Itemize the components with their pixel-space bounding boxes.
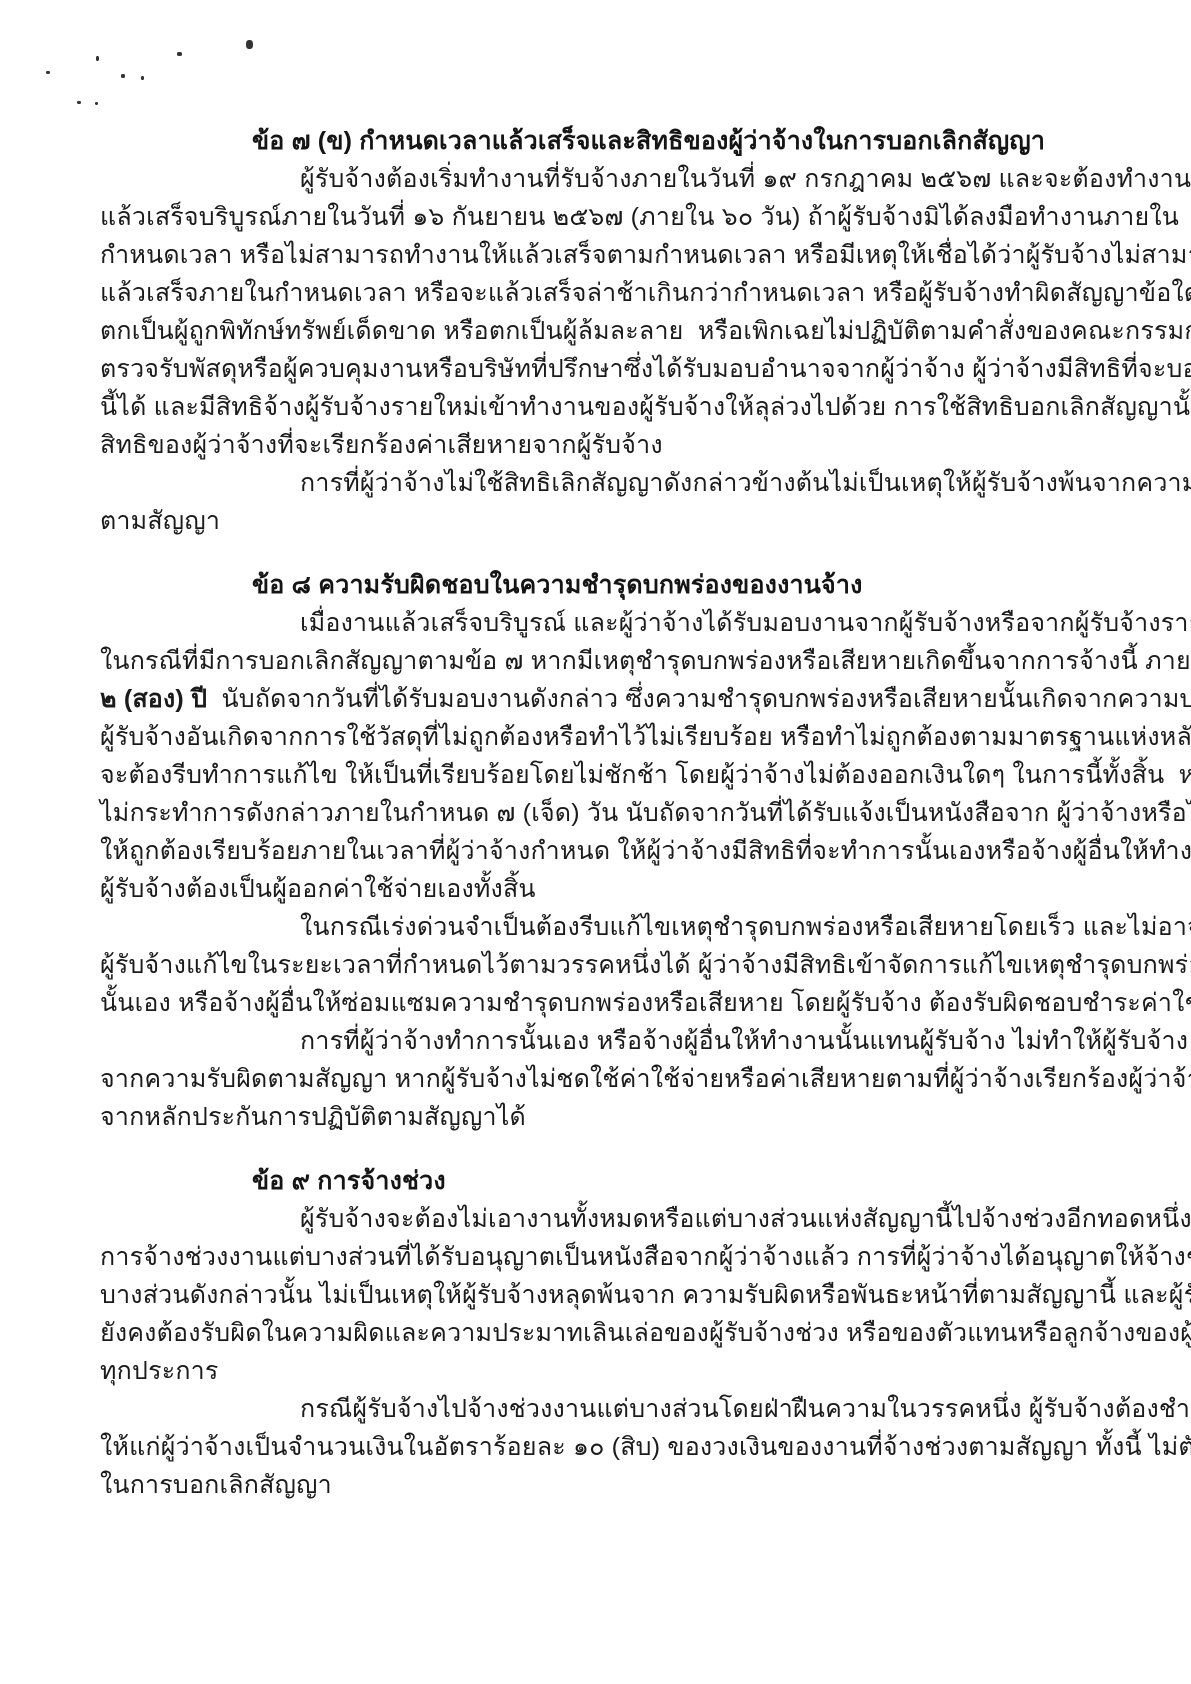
scanned-contract-page: ข้อ ๗ (ข) กำหนดเวลาแล้วเสร็จและสิทธิของผ… [0, 0, 1191, 1684]
text-line: ตามสัญญา [100, 502, 1052, 540]
scan-speckle [77, 101, 81, 104]
paragraph: ในกรณีเร่งด่วนจำเป็นต้องรีบแก้ไขเหตุชำรุ… [100, 908, 1052, 1022]
text-line: ตกเป็นผู้ถูกพิทักษ์ทรัพย์เด็ดขาด หรือตกเ… [100, 312, 1052, 350]
paragraph: การที่ผู้ว่าจ้างไม่ใช้สิทธิเลิกสัญญาดังก… [100, 464, 1052, 540]
text-line: จากความรับผิดตามสัญญา หากผู้รับจ้างไม่ชด… [100, 1060, 1052, 1098]
paragraph: ผู้รับจ้างต้องเริ่มทำงานที่รับจ้างภายในว… [100, 160, 1052, 464]
contract-text-block: ข้อ ๗ (ข) กำหนดเวลาแล้วเสร็จและสิทธิของผ… [100, 122, 1052, 1504]
text-run: นับถัดจากวันที่ได้รับมอบงานดังกล่าว ซึ่ง… [207, 685, 1191, 713]
scan-speckle [141, 76, 144, 80]
text-line: การที่ผู้ว่าจ้างไม่ใช้สิทธิเลิกสัญญาดังก… [100, 464, 1052, 502]
text-line: จะต้องรีบทำการแก้ไข ให้เป็นที่เรียบร้อยโ… [100, 756, 1052, 794]
text-line: จากหลักประกันการปฏิบัติตามสัญญาได้ [100, 1098, 1052, 1136]
section-heading: ข้อ ๘ ความรับผิดชอบในความชำรุดบกพร่องของ… [100, 566, 1052, 604]
text-line: ให้แก่ผู้ว่าจ้างเป็นจำนวนเงินในอัตราร้อย… [100, 1428, 1052, 1466]
text-line: การจ้างช่วงงานแต่บางส่วนที่ได้รับอนุญาตเ… [100, 1238, 1052, 1276]
text-line: กรณีผู้รับจ้างไปจ้างช่วงงานแต่บางส่วนโดย… [100, 1390, 1052, 1428]
text-line: ให้ถูกต้องเรียบร้อยภายในเวลาที่ผู้ว่าจ้า… [100, 832, 1052, 870]
text-line: แล้วเสร็จภายในกำหนดเวลา หรือจะแล้วเสร็จล… [100, 274, 1052, 312]
text-line: ในกรณีที่มีการบอกเลิกสัญญาตามข้อ ๗ หากมี… [100, 642, 1052, 680]
text-line: นั้นเอง หรือจ้างผู้อื่นให้ซ่อมแซมความชำร… [100, 984, 1052, 1022]
paragraph: ผู้รับจ้างจะต้องไม่เอางานทั้งหมดหรือแต่บ… [100, 1200, 1052, 1390]
contract-section: ข้อ ๘ ความรับผิดชอบในความชำรุดบกพร่องของ… [100, 566, 1052, 1136]
scan-speckle [177, 52, 182, 56]
scan-speckle [121, 74, 125, 78]
text-line: ไม่กระทำการดังกล่าวภายในกำหนด ๗ (เจ็ด) ว… [100, 794, 1052, 832]
contract-section: ข้อ ๗ (ข) กำหนดเวลาแล้วเสร็จและสิทธิของผ… [100, 122, 1052, 540]
text-line: นี้ได้ และมีสิทธิจ้างผู้รับจ้างรายใหม่เข… [100, 388, 1052, 426]
paragraph: เมื่องานแล้วเสร็จบริบูรณ์ และผู้ว่าจ้างไ… [100, 604, 1052, 908]
text-line: ผู้รับจ้างอันเกิดจากการใช้วัสดุที่ไม่ถูก… [100, 718, 1052, 756]
text-line: กำหนดเวลา หรือไม่สามารถทำงานให้แล้วเสร็จ… [100, 236, 1052, 274]
text-line: แล้วเสร็จบริบูรณ์ภายในวันที่ ๑๖ กันยายน … [100, 198, 1052, 236]
text-line: บางส่วนดังกล่าวนั้น ไม่เป็นเหตุให้ผู้รับ… [100, 1276, 1052, 1314]
text-line: ทุกประการ [100, 1352, 1052, 1390]
scan-speckle [246, 40, 253, 49]
contract-section: ข้อ ๙ การจ้างช่วงผู้รับจ้างจะต้องไม่เอาง… [100, 1162, 1052, 1504]
section-heading: ข้อ ๗ (ข) กำหนดเวลาแล้วเสร็จและสิทธิของผ… [100, 122, 1052, 160]
scan-speckle [46, 71, 50, 74]
bold-text-run: ๒ (สอง) ปี [100, 685, 207, 713]
text-line: เมื่องานแล้วเสร็จบริบูรณ์ และผู้ว่าจ้างไ… [100, 604, 1052, 642]
text-line: ผู้รับจ้างจะต้องไม่เอางานทั้งหมดหรือแต่บ… [100, 1200, 1052, 1238]
text-line: ๒ (สอง) ปี นับถัดจากวันที่ได้รับมอบงานดั… [100, 680, 1052, 718]
text-line: ยังคงต้องรับผิดในความผิดและความประมาทเลิ… [100, 1314, 1052, 1352]
paragraph: กรณีผู้รับจ้างไปจ้างช่วงงานแต่บางส่วนโดย… [100, 1390, 1052, 1504]
text-line: สิทธิของผู้ว่าจ้างที่จะเรียกร้องค่าเสียห… [100, 426, 1052, 464]
text-line: ในกรณีเร่งด่วนจำเป็นต้องรีบแก้ไขเหตุชำรุ… [100, 908, 1052, 946]
text-line: ผู้รับจ้างแก้ไขในระยะเวลาที่กำหนดไว้ตามว… [100, 946, 1052, 984]
text-line: ผู้รับจ้างต้องเริ่มทำงานที่รับจ้างภายในว… [100, 160, 1052, 198]
paragraph: การที่ผู้ว่าจ้างทำการนั้นเอง หรือจ้างผู้… [100, 1022, 1052, 1136]
text-line: การที่ผู้ว่าจ้างทำการนั้นเอง หรือจ้างผู้… [100, 1022, 1052, 1060]
scan-speckle [96, 56, 99, 61]
text-line: ผู้รับจ้างต้องเป็นผู้ออกค่าใช้จ่ายเองทั้… [100, 870, 1052, 908]
text-line: ในการบอกเลิกสัญญา [100, 1466, 1052, 1504]
scan-speckle [95, 102, 98, 105]
section-heading: ข้อ ๙ การจ้างช่วง [100, 1162, 1052, 1200]
text-line: ตรวจรับพัสดุหรือผู้ควบคุมงานหรือบริษัทที… [100, 350, 1052, 388]
